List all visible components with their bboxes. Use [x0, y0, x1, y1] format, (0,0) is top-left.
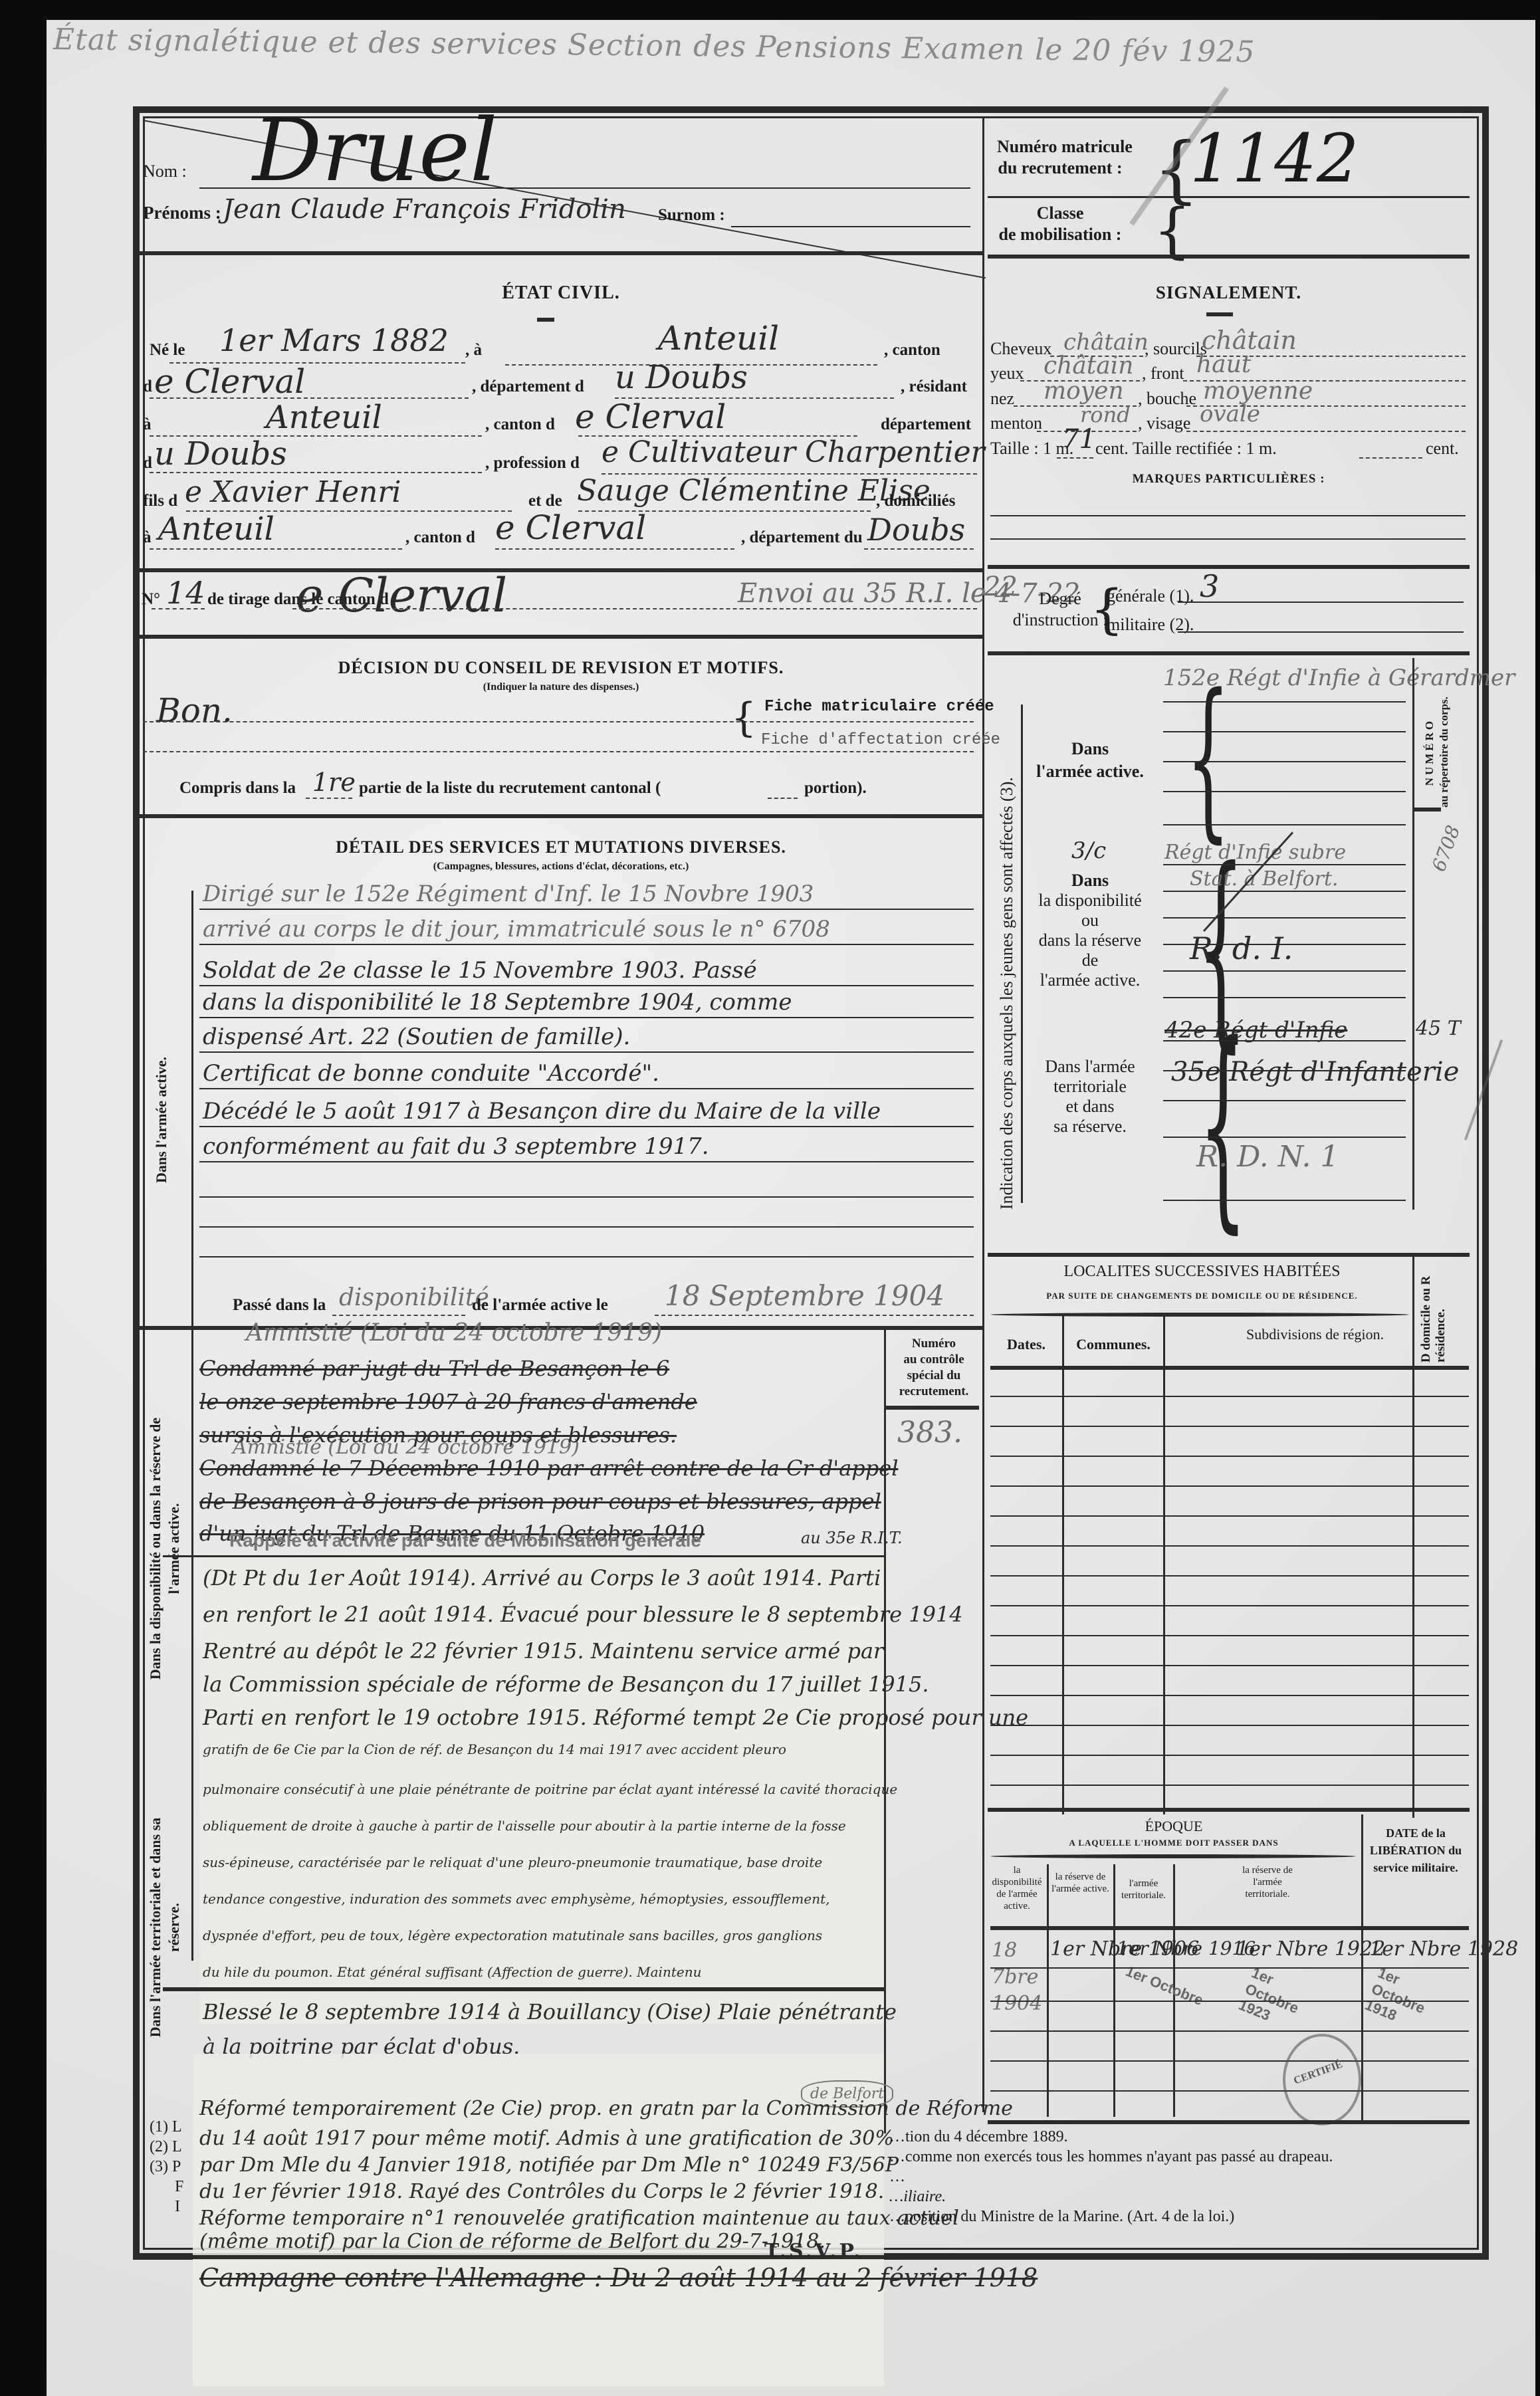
terr-line-4 [1163, 1137, 1406, 1138]
struck-service-line: de Besançon à 8 jours de prison pour cou… [199, 1489, 881, 1514]
taille-value: 71 [1062, 424, 1096, 455]
numero-controle-line1: Numéro [887, 1336, 980, 1352]
services-title: DÉTAIL DES SERVICES ET MUTATIONS DIVERSE… [140, 837, 982, 857]
generale-underline [1178, 601, 1464, 603]
numero-label-line2: au répertoire du corps. [1437, 697, 1452, 808]
reforme-line: Réformé temporairement (2e Cie) prop. en… [199, 2097, 1013, 2120]
localites-col-dates: Dates. [990, 1336, 1062, 1353]
passe-value: disponibilité [339, 1284, 489, 1311]
classe-label-line2: de mobilisation : [997, 224, 1123, 245]
departement-label: , département d [472, 378, 584, 396]
cheveux-value: châtain [1063, 329, 1149, 356]
decision-bottom-rule [140, 814, 982, 818]
tirage-no-value: 14 [166, 575, 205, 611]
footnote-text: …tion du 4 décembre 1889. …comme non exe… [889, 2127, 1333, 2227]
localites-col-subdivisions: Subdivisions de région. [1166, 1326, 1412, 1343]
service-line-rule [199, 1256, 974, 1257]
numero-repertoire-divider [1412, 658, 1414, 1210]
corps-affectes-side-label: Indication des corps auxquels les jeunes… [997, 777, 1017, 1210]
matricule-label: Numéro matricule du recrutement : [997, 136, 1123, 179]
signalement-bottom-rule [988, 565, 1470, 569]
localites-row [990, 1725, 1469, 1726]
surnom-underline [731, 226, 970, 227]
departement-naissance: u Doubs [615, 359, 748, 396]
service-line-rule [199, 1161, 974, 1162]
signalement-title: SIGNALEMENT. [988, 282, 1470, 303]
numero-controle-rule [886, 1406, 979, 1410]
side-label-territoriale: Dans l'armée territoriale et dans sa rés… [146, 1814, 183, 2040]
militaire-underline [1178, 631, 1464, 633]
active-label-line1: Dans [1027, 738, 1153, 760]
territoriale-value-2: 35e Régt d'Infanterie [1171, 1057, 1459, 1087]
epoque-col-disponibilite: la disponibilité de l'armée active. [988, 1864, 1046, 1912]
territoriale-value-1-number: 45 T [1416, 1017, 1461, 1040]
epoque-col-divider-1 [1047, 1864, 1049, 2117]
service-line-rule [199, 1051, 974, 1053]
compris-label: Compris dans la [179, 779, 296, 798]
domicilies-label: , domiciliés [876, 492, 955, 510]
a-label: , à [465, 341, 482, 360]
d2-label: d [143, 454, 152, 473]
dispo-label-line6: l'armée active. [1027, 970, 1153, 990]
mobilisation-line: sus-épineuse, caractérisée par le reliqu… [203, 1854, 822, 1870]
localites-row [990, 1635, 1469, 1636]
portion-label: portion). [804, 779, 867, 798]
tirage-bottom-rule [140, 635, 982, 639]
localites-col-divider-2 [1163, 1316, 1165, 1814]
generale-label: générale (1). [1107, 586, 1194, 606]
numero-controle-line4: recrutement. [887, 1384, 980, 1400]
cent2-label: cent. [1426, 439, 1459, 459]
mobilisation-line: Blessé le 8 septembre 1914 à Bouillancy … [203, 1999, 897, 2024]
localites-title: LOCALITES SUCCESSIVES HABITÉES [988, 1263, 1416, 1281]
numero-repertoire-label: NUMÉRO au répertoire du corps. [1422, 697, 1452, 808]
canton-parents: e Clerval [495, 508, 646, 547]
column-divider [982, 118, 984, 2112]
passe-underline [332, 1315, 465, 1316]
footnote-markers: (1) L (2) L (3) P F I [150, 2117, 183, 2217]
matricule-value: 1142 [1190, 120, 1359, 197]
marques-line-2 [990, 538, 1466, 540]
service-line-rule [199, 1196, 974, 1198]
fils-label: fils d [143, 492, 177, 510]
corps-bottom-rule [988, 1253, 1470, 1257]
epoque-row-2 [990, 2001, 1469, 2002]
service-active-line: Soldat de 2e classe le 15 Novembre 1903.… [203, 957, 757, 984]
partie-label: partie de la liste du recrutement canton… [359, 779, 661, 798]
passe-date-underline [655, 1315, 974, 1316]
profession-label: , profession d [485, 454, 580, 473]
terr-line-5 [1163, 1200, 1406, 1201]
profession-value: e Cultivateur Charpentier [602, 435, 985, 469]
footnote-line-2: …comme non exercés tous les hommes n'aya… [889, 2147, 1333, 2167]
rappele-label: Rappelé à l'activité par suite de Mobili… [229, 1530, 701, 1551]
mobilisation-line: tendance congestive, induration des somm… [203, 1891, 829, 1907]
d-label: d [143, 378, 152, 396]
classe-rule [988, 255, 1470, 259]
localites-row [990, 1605, 1469, 1606]
partie-value: 1re [312, 768, 356, 797]
decision-line-1 [143, 721, 974, 722]
footnote-line-5: …position du Ministre de la Marine. (Art… [889, 2207, 1333, 2227]
reforme-line: (même motif) par la Cion de réforme de B… [199, 2230, 825, 2253]
taille-rectifiee-underline [1359, 457, 1422, 459]
territoriale-label-line4: sa réserve. [1027, 1117, 1153, 1137]
nom-underline [199, 187, 970, 189]
side-label-dispo: Dans la disponibilité ou dans la réserve… [146, 1409, 183, 1688]
amnistie-1: Amnistié (Loi du 24 octobre 1919) [246, 1319, 662, 1347]
localites-row [990, 1695, 1469, 1696]
marques-title: MARQUES PARTICULIÈRES : [988, 472, 1470, 487]
corps-side-divider [1021, 705, 1023, 1203]
mobilisation-line: en renfort le 21 août 1914. Évacué pour … [203, 1602, 963, 1627]
taille-underline [1057, 457, 1093, 459]
departement2-label: département [881, 415, 971, 434]
service-line-rule [199, 909, 974, 910]
epoque-value-territoriale: 1er Nbre 1916 [1117, 1937, 1256, 1959]
portion-underline [768, 798, 798, 799]
footnote-marker-2: (2) L [150, 2137, 183, 2157]
rappele-rule [163, 1555, 884, 1557]
footnote-line-4: …iliaire. [889, 2187, 1333, 2207]
visage-value: ovale [1200, 401, 1260, 427]
lieu-naissance: Anteuil [658, 319, 779, 358]
service-line-rule [199, 1088, 974, 1089]
service-active-line: Dirigé sur le 152e Régiment d'Inf. le 15… [203, 881, 814, 907]
footnote-line-1: …tion du 4 décembre 1889. [889, 2127, 1333, 2147]
dispo-prefix: 3/c [1071, 837, 1106, 864]
dispo-value-1: Régt d'Infie subre [1164, 841, 1346, 864]
footnote-line-3: … [889, 2167, 1333, 2187]
signalement-dash [1206, 312, 1233, 316]
tirage-no-underline [152, 608, 205, 609]
numero-controle-value: 383. [897, 1416, 962, 1450]
partie-underline [306, 798, 352, 799]
dispo-label-line2: la disponibilité [1027, 891, 1153, 911]
service-active-line: Certificat de bonne conduite "Accordé". [203, 1060, 659, 1087]
epoque-col-reserve-territoriale: la réserve de l'armée territoriale. [1174, 1864, 1361, 1900]
classe-label-line1: Classe [997, 203, 1123, 224]
canton-naissance: e Clerval [154, 362, 305, 401]
localites-row [990, 1396, 1469, 1397]
numero-controle-label: Numéro au contrôle spécial du recrutemen… [887, 1336, 980, 1400]
canton3-label: , canton d [405, 528, 475, 547]
residence: Anteuil [266, 399, 382, 436]
surnom-label: Surnom : [658, 206, 725, 225]
active-label: Dans l'armée active. [1027, 738, 1153, 783]
yeux-label: yeux [990, 364, 1024, 383]
canton-label: , canton [884, 341, 940, 360]
numero-repertoire-rule [1414, 808, 1441, 812]
territoriale-value-1: 42e Régt d'Infie [1164, 1017, 1347, 1043]
mobilisation-line: obliquement de droite à gauche à partir … [203, 1818, 846, 1834]
service-line-rule [199, 985, 974, 986]
epoque-bottom-rule [988, 2120, 1470, 2124]
localites-bottom-rule [988, 1808, 1470, 1812]
localites-header-rule [990, 1366, 1469, 1370]
struck-service-line: Condamné par jugt du Trl de Besançon le … [199, 1356, 669, 1381]
cheveux-label: Cheveux [990, 339, 1051, 359]
front-value: haut [1196, 351, 1251, 378]
classe-label: Classe de mobilisation : [997, 203, 1123, 245]
territoriale-label: Dans l'armée territoriale et dans sa rés… [1027, 1057, 1153, 1137]
tirage-no-label: N° [142, 590, 160, 609]
footnote-marker-1: (1) L [150, 2117, 183, 2137]
decision-subtitle: (Indiquer la nature des dispenses.) [140, 681, 982, 693]
services-side-divider [191, 891, 193, 1961]
dispo-line-5 [1163, 970, 1406, 972]
nom-label: Nom : [143, 162, 187, 181]
localites-row [990, 1426, 1469, 1427]
localites-row [990, 1545, 1469, 1547]
title-dash [537, 318, 554, 322]
mobilisation-line: Parti en renfort le 19 octobre 1915. Réf… [203, 1705, 1028, 1730]
dispo-label-line4: dans la réserve [1027, 930, 1153, 950]
fiche-matriculaire-stamp: Fiche matriculaire créée [764, 698, 994, 716]
territoriale-label-line2: territoriale [1027, 1077, 1153, 1097]
canton2-label: , canton d [485, 415, 555, 434]
terr-line-2 [1163, 1070, 1406, 1071]
footnote-marker-4: F [150, 2177, 183, 2197]
header-bottom-rule [140, 251, 982, 255]
etat-civil-title: ÉTAT CIVIL. [140, 282, 982, 304]
localites-dr-label: D domicile ou R résidence. [1419, 1263, 1448, 1362]
mobilisation-line: gratifn de 6e Cie par la Cion de réf. de… [203, 1741, 786, 1757]
dispo-label-line3: ou [1027, 911, 1153, 930]
dispo-line-2 [1163, 891, 1406, 892]
mobilisation-line: dyspnée d'effort, peu de toux, légère ex… [203, 1927, 822, 1943]
decision-title: DÉCISION DU CONSEIL DE REVISION ET MOTIF… [140, 658, 982, 678]
localites-row [990, 1785, 1469, 1786]
instruction-bottom-rule [988, 651, 1470, 655]
service-active-line: dispensé Art. 22 (Soutien de famille). [203, 1024, 630, 1050]
reforme-line: par Dm Mle du 4 Janvier 1918, notifiée p… [199, 2153, 899, 2177]
localites-subtitle: PAR SUITE DE CHANGEMENTS DE DOMICILE OU … [988, 1291, 1416, 1301]
passe-date: 18 Septembre 1904 [665, 1279, 944, 1312]
footnote-marker-5: I [150, 2197, 183, 2217]
active-line-4 [1163, 791, 1406, 792]
reforme-line: Réforme temporaire n°1 renouvelée gratif… [199, 2207, 959, 2230]
territoriale-value-3: R. D. N. 1 [1196, 1140, 1339, 1174]
service-active-line: Décédé le 5 août 1917 à Besançon dire du… [203, 1098, 881, 1125]
epoque-value-reserve-territoriale: 1er Nbre 1922 [1236, 1937, 1385, 1961]
epoque-col-territoriale: l'armée territoriale. [1115, 1878, 1172, 1902]
residant-label: , résidant [901, 378, 967, 396]
numero-label-line1: NUMÉRO [1422, 697, 1437, 808]
generale-value: 3 [1200, 568, 1219, 604]
service-line-rule [199, 1126, 974, 1127]
visage-underline [1186, 431, 1466, 432]
campagne-line: Campagne contre l'Allemagne : Du 2 août … [199, 2263, 1038, 2292]
tirage-underline [292, 608, 977, 609]
dispo-scribble: R. d. I. [1190, 930, 1293, 966]
mobilisation-line: Rentré au dépôt le 22 février 1915. Main… [203, 1638, 883, 1664]
localites-row [990, 1665, 1469, 1666]
yeux-value: châtain [1044, 352, 1133, 380]
matricule-label-line1: Numéro matricule [997, 136, 1123, 158]
localites-row [990, 1575, 1469, 1577]
dispo-label-line5: de [1027, 950, 1153, 970]
nez-value: moyen [1044, 378, 1124, 405]
service-active-line: dans la disponibilité le 18 Septembre 19… [203, 989, 792, 1016]
localites-brace [990, 1313, 1409, 1317]
terr-line-3 [1163, 1100, 1406, 1101]
epoque-row-5 [990, 2090, 1469, 2092]
mobilisation-line: du hile du poumon. Etat général suffisan… [203, 1964, 701, 1980]
pere-value: e Xavier Henri [185, 475, 401, 509]
front-label: , front [1142, 364, 1184, 383]
matricule-label-line2: du recrutement : [997, 158, 1123, 179]
epoque-value-liberation: 1er Nbre 1928 [1369, 1937, 1518, 1961]
departement3-label: , département du [741, 528, 863, 547]
dispo-line-3 [1163, 917, 1406, 919]
active-label-line2: l'armée active. [1027, 760, 1153, 783]
tsvp-note: T.S.V.P. [764, 2240, 863, 2263]
decision-line-2 [143, 751, 974, 752]
mobilisation-line: la Commission spéciale de réforme de Bes… [203, 1672, 929, 1697]
cent-label: cent. Taille rectifiée : 1 m. [1095, 439, 1277, 459]
prenoms-value: Jean Claude François Fridolin [223, 194, 626, 225]
localites-col-divider-3 [1412, 1253, 1414, 1818]
departement-parents: Doubs [867, 512, 965, 548]
localites-row [990, 1456, 1469, 1457]
epoque-title: ÉPOQUE [988, 1818, 1360, 1835]
menton-label: menton [990, 413, 1042, 433]
localites-row [990, 1755, 1469, 1756]
active-line-1 [1163, 701, 1406, 703]
passe-label-2: de l'armée active le [472, 1296, 608, 1315]
ne-le-label: Né le [150, 341, 185, 360]
reforme-line: du 14 août 1917 pour même motif. Admis à… [199, 2127, 894, 2150]
tirage-canton-value: e Clerval [296, 568, 507, 623]
localites-row [990, 1515, 1469, 1517]
service-line-rule [199, 1226, 974, 1228]
territoriale-label-line1: Dans l'armée [1027, 1057, 1153, 1077]
struck-service-line: le onze septembre 1907 à 20 francs d'ame… [199, 1389, 697, 1414]
departement-residence: u Doubs [154, 435, 287, 473]
canton-parents-underline [495, 548, 734, 550]
mobilisation-line: (Dt Pt du 1er Août 1914). Arrivé au Corp… [203, 1565, 881, 1590]
dispo-line-1 [1163, 864, 1406, 865]
service-line-rule [199, 944, 974, 945]
rappele-annotation: au 35e R.I.T. [801, 1529, 903, 1547]
epoque-value-disponibilite: 18 7bre 1904 [992, 1937, 1045, 2017]
struck-service-line: Condamné le 7 Décembre 1910 par arrêt co… [199, 1456, 898, 1481]
active-line-2 [1163, 731, 1406, 732]
struck-service-line: sursis à l'exécution pour coups et bless… [199, 1422, 677, 1448]
localites-col-divider-1 [1062, 1316, 1064, 1814]
reforme-line: du 1er février 1918. Rayé des Contrôles … [199, 2180, 884, 2203]
dept-res-underline [150, 472, 482, 473]
localites-row [990, 1485, 1469, 1487]
et-de-label: et de [528, 492, 562, 510]
active-value: 152e Régt d'Infie à Gérardmer [1163, 665, 1515, 691]
mobilisation-rule [163, 1987, 884, 1991]
services-subtitle: (Campagnes, blessures, actions d'éclat, … [140, 861, 982, 873]
nez-label: nez [990, 389, 1014, 409]
reforme-bottom-rule [193, 2255, 884, 2259]
epoque-col-reserve-active: la réserve de l'armée active. [1048, 1871, 1113, 1895]
terr-line-1 [1163, 1040, 1406, 1041]
domicile-parents: Anteuil [158, 510, 275, 548]
numero-controle-line3: spécial du [887, 1368, 980, 1384]
a3-label: à [143, 528, 152, 547]
liberation-label: DATE de la LIBÉRATION du service militai… [1363, 1824, 1469, 1876]
ne-le-value: 1er Mars 1882 [219, 322, 449, 358]
domicile-underline [150, 548, 402, 550]
epoque-row-4 [990, 2060, 1469, 2062]
etat-civil-bottom-rule [140, 568, 982, 572]
active-line-3 [1163, 761, 1406, 762]
epoque-row-1 [990, 1967, 1469, 1969]
marques-line-1 [990, 515, 1466, 516]
dispo-label: Dans la disponibilité ou dans la réserve… [1027, 871, 1153, 990]
nom-value: Druel [253, 100, 498, 201]
dept-parents-underline [864, 548, 974, 550]
passe-label: Passé dans la [233, 1296, 326, 1315]
canton-residence: e Clerval [575, 397, 726, 436]
service-active-line: arrivé au corps le dit jour, immatriculé… [203, 916, 830, 942]
service-line-rule [199, 1017, 974, 1018]
matricule-rule [988, 196, 1470, 198]
numero-controle-line2: au contrôle [887, 1352, 980, 1368]
stamp-brace: { [731, 695, 756, 741]
epoque-row-3 [990, 2030, 1469, 2032]
a2-label: à [143, 415, 152, 434]
localites-col-communes: Communes. [1063, 1336, 1163, 1353]
prenoms-label: Prénoms : [143, 203, 221, 223]
dispo-value-2: Stat. à Belfort. [1190, 867, 1339, 891]
epoque-col-divider-2 [1113, 1864, 1115, 2117]
taille-label: Taille : 1 m. [990, 439, 1073, 459]
territoriale-label-line3: et dans [1027, 1097, 1153, 1117]
epoque-header-rule [990, 1926, 1469, 1930]
dispo-label-line1: Dans [1027, 871, 1153, 891]
fiche-affectation-stamp: Fiche d'affectation créée [761, 731, 1000, 749]
footnote-marker-3: (3) P [150, 2157, 183, 2177]
decision-value: Bon. [156, 691, 233, 730]
mobilisation-line: pulmonaire consécutif à une plaie pénétr… [203, 1781, 897, 1797]
epoque-subtitle: A LAQUELLE L'HOMME DOIT PASSER DANS [988, 1838, 1360, 1848]
side-label-active: Dans l'armée active. [153, 1057, 170, 1183]
epoque-brace [990, 1854, 1356, 1858]
service-active-line: conformément au fait du 3 septembre 1917… [203, 1133, 709, 1160]
visage-label: , visage [1138, 413, 1190, 433]
